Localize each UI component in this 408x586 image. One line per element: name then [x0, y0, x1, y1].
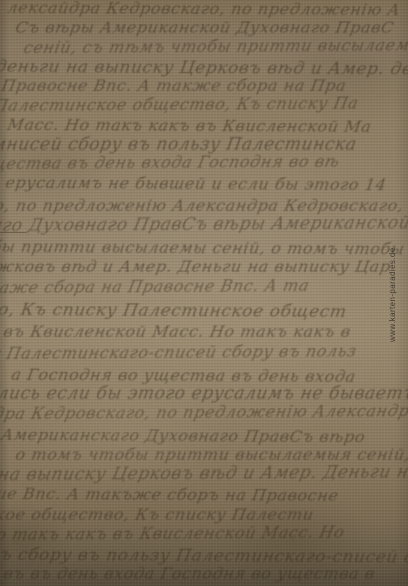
- handwriting-line: на выписку Церковъ вѣд и Амер. Деньги на: [0, 462, 408, 485]
- handwriting-line: сеній, съ тѣмъ чтобы притти высылаемы: [22, 35, 408, 57]
- handwriting-line: бы притти высылаемы сеній, о томъ чтобы: [0, 237, 406, 259]
- handwriting-line: лексайдра Кедровскаго, по предложенію А: [6, 0, 402, 19]
- watermark-text: www.karten-paradies.de: [388, 246, 397, 342]
- handwriting-line: наго Духовнаго ПравСъ вѣры Американской: [0, 213, 408, 236]
- handwriting-line: о томъ чтобы притти высылаемыя сеній, о: [14, 445, 408, 464]
- handwriting-line: во, Къ списку Палестинское общест: [0, 300, 348, 322]
- handwriting-line: а Господня во ущества въ день входа: [10, 365, 357, 386]
- handwriting-line: въ Квисленской Масс. Но такъ какъ в: [2, 322, 353, 341]
- handwriting-line: ку Американскаго Духовнаго ПравСъ вѣро: [0, 425, 367, 446]
- handwriting-line: Съ вѣры Американской Духовнаго ПравС: [14, 18, 396, 37]
- handwriting-line: Но такъ какъ въ Квисленской Масс. Но: [0, 522, 346, 544]
- handwriting-line: ерусалимъ не бывшей и если бы этого 14: [4, 173, 388, 194]
- handwriting-line: зу Палестинскаго-списей сбору въ польз: [0, 341, 359, 363]
- handwriting-line: го, по предложенію Александра Кедровскаг…: [0, 196, 405, 215]
- handwriting-line: дра Кедровскаго, по предложенію Александ…: [0, 401, 408, 423]
- handwriting-line: въ въ день входа Господня во ущества в: [2, 564, 377, 583]
- handwriting-line: жковъ вѣд и Амер. Деньги на выписку Цар: [0, 257, 392, 276]
- handwriting-line: Палестинское общество, Къ списку Па: [0, 93, 360, 115]
- ink-underline-stroke: [0, 232, 26, 233]
- handwritten-letter-background: лексайдра Кедровскаго, по предложенію АС…: [0, 0, 408, 586]
- handwriting-line: щества въ день входа Господня во вѣ: [0, 152, 342, 173]
- handwriting-line: таже сбора на Правосне Впс. А та: [0, 276, 311, 297]
- handwriting-line: Правосне Впс. А также сбора на Пра: [0, 76, 348, 95]
- handwriting-line: ское общество, Къ списку Палести: [0, 505, 316, 524]
- handwriting-line: Масс. Но такъ какъ въ Квисленской Ма: [6, 115, 373, 136]
- handwriting-layer: лексайдра Кедровскаго, по предложенію АС…: [0, 0, 408, 586]
- handwriting-line: ше Впс. А такъже сборъ на Правосне: [0, 484, 340, 505]
